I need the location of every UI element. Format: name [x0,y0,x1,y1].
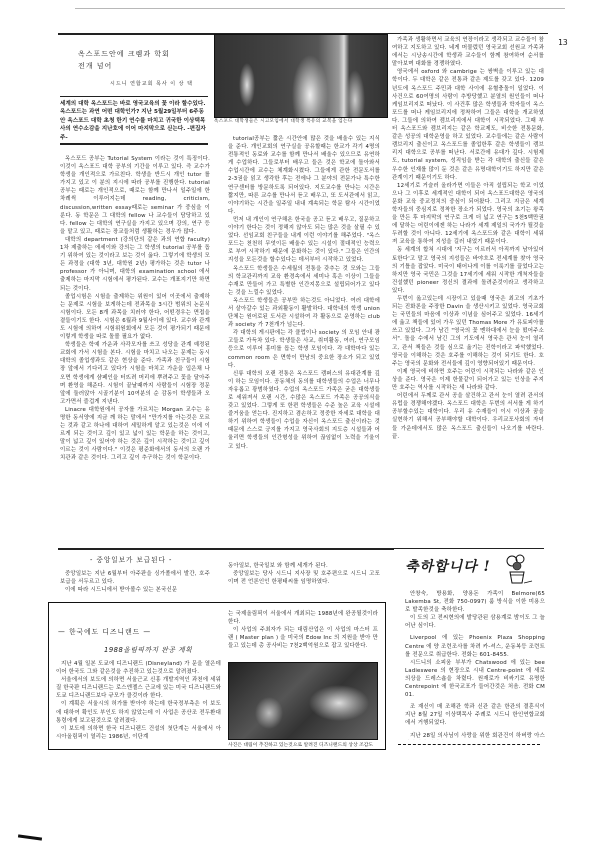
paragraph: 옥스포드 학생들은 수세월의 전통을 갖추는 것 모와는 그들의 학교관리까지 … [228,265,380,297]
paragraph: 동아일보, 한국일보 와 함께 세개가 된다. [228,562,380,570]
paragraph: 신류 대학의 오랜 전통은 옥스포드 캠퍼스의 유대관계를 깊이 하는 모임이다… [228,370,380,451]
paragraph: 졸업시험은 시험을 출제하는 위원이 있어 이곳에서 출제하는 문제로 시험을 … [60,293,210,342]
joongang-heading: - 중앙일보가 보급된다 - [90,554,172,564]
paragraph: 각 대학의 게시판에는 각 클럽이나 society 의 모임 안내 광고들로 … [228,329,380,369]
disneyland-subtitle: 1988올림픽까지 완공 계획 [104,644,192,654]
section-divider [58,548,394,550]
lead-top-rule [60,96,208,97]
article-column-2: tutorial공부는 짧은 시간안에 많은 것을 배울수 있는 지식을 준다.… [228,135,380,540]
disneyland-concept-image [228,662,378,740]
paragraph: 안창숙, 방용화, 양용돈 가족이 Belmore(65 Lakemba St,… [405,590,545,614]
paragraph: 학생들은 학예 가운과 사각모자를 쓰고 성당을 관계 예정된 교회에 가서 시… [60,341,210,406]
paragraph: 가족과 생활하면서 교육의 연장이라고 생각되고 교수들이 참여하고 지도하고 … [392,36,544,68]
paragraph: 조 재신이 매 조해관 학과 신관 같은 한관의 결혼식이 지난 8월 27일 … [405,703,545,727]
paragraph: Liverpool 에 있는 Phoenix Plaza Shopping Ce… [405,634,545,658]
paragraph: tutorial공부는 짧은 시간안에 많은 것을 배울수 있는 지식을 준다.… [228,135,380,216]
photo-caption: 옥스포드 대학생들은 시고모임에서 대학생 특유의 교복을 입는다 [214,118,386,124]
flower-pot-icon [500,553,534,589]
page-number: 13 [558,38,568,47]
article-title: 옥스포드안에 크렘과 학회 전개 넘어 [78,48,170,72]
paragraph: 대학의 department (강의단의 같은 과의 연합 faculty) 1… [60,236,210,293]
joongang-left-text: 중앙일보는 지난 6월부터 아주판을 싱가폴에서 발간, 호주보급을 서두르고 … [60,570,210,594]
paragraph: 지난 28일 의사님이 사랑을 위한 회관건이 하버랑 아스 식당에서 열렸다. [405,732,545,741]
paragraph: Linacre 대학원에서 공자를 가르치는 Morgan 교수는 유명한 동서… [60,406,210,463]
paragraph: 시드니의 소피움 부부가 Chatswood 에 있는 bee Ladieswe… [405,659,545,699]
article-title-line2: 전개 넘어 [78,60,170,72]
paragraph: 동 세계의 합쳐 시대에 '지구는 이르러서 아직까지 남아있어 토한다'고 말… [392,246,544,295]
paragraph: 이 도의 고 전씨현의에 발당관된 삼용계로 밤이도 그 늘어난 심이다. [405,614,545,630]
article-byline: 시드니 연합교회 목사 이 상 택 [110,80,193,87]
paragraph: 이에 따라 시드니에서 받아볼수 있는 본국신문 [60,586,210,594]
disneyland-left-text: 지난 4월 일본 도쿄에 디즈니랜드 (Disneyland) 가 문을 열은데… [56,660,221,746]
paragraph: 두번이 옮고있는데 시장이고 있을때 영국은 최고의 기초가 되는 진화론을 주… [392,295,544,368]
article-column-3: 가족과 생활하면서 교육의 연장이라고 생각되고 교수들이 참여하고 지도하고 … [392,36,544,536]
paragraph: 어린에서 두께로 관서 공을 살건하고 관서 눈이 열려 관서의 유럽을 경쟁해… [392,392,544,441]
paragraph: 옥스포드 학생들은 공부만 하는것도 아니었다. 여러 대학에서 살아갈수 있는… [228,297,380,329]
article-column-1: 옥스포드 공부는 Tutorial System 이라는 것이 특징이다. 이것… [60,155,210,540]
paragraph: 는 국제올림픽이 서울에서 개최되는 1988년에 완공될것이라 한다. [228,610,378,626]
article-title-line1: 옥스포드안에 크렘과 학회 [78,48,170,60]
paragraph: 서울에서의 보도에 의하면 서울근교 신흥 개발지역인 과천에 세워질 한국판 … [56,676,221,700]
paragraph: 12세기로 거슬러 올라가면 이들은 아직 설립되는 학교 이었으나 그 이후로… [392,182,544,247]
scan-artifact [18,834,42,840]
lead-bottom-rule [60,143,208,145]
paragraph: 지난 4월 일본 도쿄에 디즈니랜드 (Disneyland) 가 문을 열은데… [56,660,221,676]
paragraph: 이제 영국에 비하면 호주는 어린이 시작되는 나라와 같은 인상을 준다. 영… [392,368,544,392]
paragraph: 영국에서 oxford 와 cambrige 는 쌍벽을 이루고 있는 대학이다… [392,68,544,181]
congrats-text: 안창숙, 방용화, 양용돈 가족이 Belmore(65 Lakemba St,… [405,590,545,740]
paragraph: 이 사업의 주최자가 되는 대림산업은 이 사업의 마스터 프랜 ( Maste… [228,626,378,650]
joongang-right-text: 동아일보, 한국일보 와 함께 세개가 된다. 중앙일보는 당사 시드니 지사장… [228,562,380,586]
disneyland-title: — 한국에도 디즈니랜드 — [58,626,151,636]
paragraph: 중앙일보는 지난 6월부터 아주판을 싱가폴에서 발간, 호주보급을 서두르고 … [60,570,210,586]
article-lead: 세계의 대학 옥스포드는 바로 영국교육의 꽃 이라 할수있다. 옥스포드는 과… [60,100,208,142]
section-divider-right [394,548,544,549]
congrats-heading: 축하합니다 ! [405,556,491,576]
header-rule-right [388,33,548,34]
oxford-students-photo [214,34,388,118]
paragraph: 중앙일보는 당사 시드니 지사장 및 호주편으로 시드니 고포이며 전 언론인인… [228,570,380,586]
disneyland-right-text: 는 국제올림픽이 서울에서 개최되는 1988년에 완공될것이라 한다. 이 사… [228,610,378,650]
top-scan-edge [75,8,565,9]
paragraph: 이 계획은 서울시의 허가를 받아야 하는데 한국정부측은 이 보도에 대하여 … [56,700,221,724]
paragraph: 먼저 내 개인이 연구해온 한국을 공고 듣고 배우고, 질문하고 이야기 한다… [228,216,380,265]
paragraph: 옥스포드 공부는 Tutorial System 이라는 것이 특징이다. 이것… [60,155,210,236]
congrats-bottom-border [398,744,540,745]
disneyland-photo-caption: 사진은 대림이 추진하고 있는것으로 알려진 디즈니랜드의 상상 조감도 [228,742,378,749]
paragraph: 이 보도에 의하면 한국 디즈니랜드 건설의 첫단계는 서울에서 아시아올림픽이… [56,725,221,741]
